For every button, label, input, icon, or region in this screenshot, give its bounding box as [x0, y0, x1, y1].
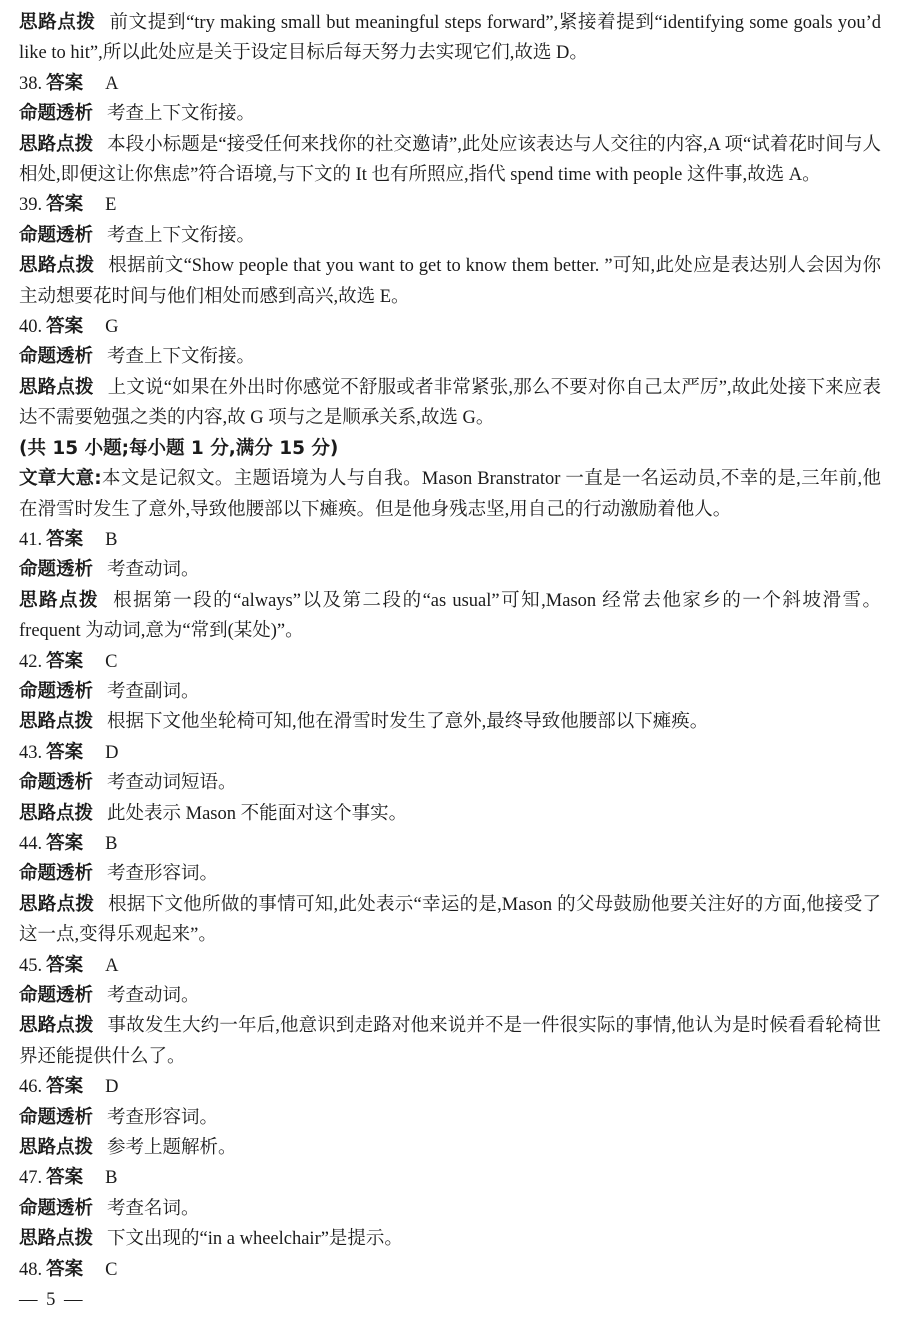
analysis-line: 命题透析考查副词。	[19, 677, 881, 707]
tip-line: 思路点拨根据前文“Show people that you want to ge…	[19, 251, 881, 312]
answer-label: 答案	[46, 1167, 83, 1188]
question-number: 46.	[19, 1077, 42, 1097]
tip-line: 思路点拨根据下文他坐轮椅可知,他在滑雪时发生了意外,最终导致他腰部以下瘫痪。	[19, 707, 881, 737]
question-item: 39.答案E 命题透析考查上下文衔接。 思路点拨根据前文“Show people…	[19, 190, 881, 312]
question-item: 43.答案D 命题透析考查动词短语。 思路点拨此处表示 Mason 不能面对这个…	[19, 738, 881, 829]
tip-label: 思路点拨	[19, 1015, 94, 1036]
analysis-label: 命题透析	[19, 559, 93, 580]
answer-line: 47.答案B	[19, 1163, 881, 1193]
question-number: 41.	[19, 530, 42, 550]
tip-line: 思路点拨参考上题解析。	[19, 1133, 881, 1163]
analysis-text: 考查上下文衔接。	[107, 347, 255, 367]
tip-line: 思路点拨根据下文他所做的事情可知,此处表示“幸运的是,Mason 的父母鼓励他要…	[19, 890, 881, 951]
analysis-text: 考查上下文衔接。	[107, 226, 255, 246]
tip-text: 事故发生大约一年后,他意识到走路对他来说并不是一件很实际的事情,他认为是时候看看…	[19, 1016, 881, 1066]
analysis-line: 命题透析考查动词。	[19, 981, 881, 1011]
question-number: 38.	[19, 74, 42, 94]
question-number: 39.	[19, 195, 42, 215]
tip-label: 思路点拨	[19, 803, 93, 824]
summary-label: 文章大意:	[19, 468, 102, 489]
analysis-label: 命题透析	[19, 863, 93, 884]
answer-letter: B	[105, 530, 117, 550]
analysis-line: 命题透析考查上下文衔接。	[19, 221, 881, 251]
question-item: 42.答案C 命题透析考查副词。 思路点拨根据下文他坐轮椅可知,他在滑雪时发生了…	[19, 647, 881, 738]
analysis-text: 考查动词。	[107, 560, 200, 580]
answer-label: 答案	[46, 651, 83, 672]
answer-label: 答案	[46, 316, 83, 337]
document-body: 思路点拨前文提到“try making small but meaningful…	[19, 8, 881, 1285]
analysis-label: 命题透析	[19, 225, 93, 246]
analysis-line: 命题透析考查上下文衔接。	[19, 342, 881, 372]
answer-label: 答案	[46, 1259, 83, 1280]
answer-line: 42.答案C	[19, 647, 881, 677]
answer-line: 46.答案D	[19, 1072, 881, 1102]
answer-letter: A	[105, 74, 118, 94]
answer-letter: A	[105, 956, 118, 976]
analysis-line: 命题透析考查动词。	[19, 555, 881, 585]
answer-label: 答案	[46, 833, 83, 854]
tip-text: 根据第一段的“always”以及第二段的“as usual”可知,Mason 经…	[19, 591, 881, 641]
section-heading-text: (共 15 小题;每小题 1 分,满分 15 分)	[19, 438, 338, 459]
question-item: 47.答案B 命题透析考查名词。 思路点拨下文出现的“in a wheelcha…	[19, 1163, 881, 1254]
tip-line: 思路点拨此处表示 Mason 不能面对这个事实。	[19, 799, 881, 829]
answer-line: 38.答案A	[19, 69, 881, 99]
analysis-text: 考查动词短语。	[107, 773, 237, 793]
answer-letter: D	[105, 743, 118, 763]
tip-text: 上文说“如果在外出时你感觉不舒服或者非常紧张,那么不要对你自己太严厉”,故此处接…	[19, 378, 881, 428]
tip-label: 思路点拨	[19, 12, 96, 33]
analysis-line: 命题透析考查上下文衔接。	[19, 99, 881, 129]
question-number: 48.	[19, 1260, 42, 1280]
tip-line: 思路点拨前文提到“try making small but meaningful…	[19, 8, 881, 69]
analysis-text: 考查上下文衔接。	[107, 104, 255, 124]
answer-letter: C	[105, 652, 117, 672]
passage-summary: 文章大意:本文是记叙文。主题语境为人与自我。Mason Branstrator …	[19, 464, 881, 525]
tip-label: 思路点拨	[19, 1137, 93, 1158]
answer-line: 41.答案B	[19, 525, 881, 555]
analysis-line: 命题透析考查名词。	[19, 1194, 881, 1224]
question-number: 45.	[19, 956, 42, 976]
tip-text: 根据前文“Show people that you want to get to…	[19, 256, 881, 306]
question-number: 47.	[19, 1168, 42, 1188]
answer-letter: D	[105, 1077, 118, 1097]
analysis-line: 命题透析考查形容词。	[19, 859, 881, 889]
answer-line: 40.答案G	[19, 312, 881, 342]
answer-line: 45.答案A	[19, 951, 881, 981]
answer-letter: C	[105, 1260, 117, 1280]
tip-label: 思路点拨	[19, 1228, 93, 1249]
answer-label: 答案	[46, 955, 83, 976]
analysis-label: 命题透析	[19, 346, 93, 367]
analysis-text: 考查名词。	[107, 1199, 200, 1219]
question-number: 42.	[19, 652, 42, 672]
tip-label: 思路点拨	[19, 134, 93, 155]
section-heading: (共 15 小题;每小题 1 分,满分 15 分)	[19, 434, 881, 464]
answer-letter: B	[105, 834, 117, 854]
analysis-text: 考查动词。	[107, 986, 200, 1006]
tip-text: 此处表示 Mason 不能面对这个事实。	[107, 804, 407, 824]
answer-line: 43.答案D	[19, 738, 881, 768]
answer-label: 答案	[46, 194, 83, 215]
tip-label: 思路点拨	[19, 377, 94, 398]
tip-line: 思路点拨上文说“如果在外出时你感觉不舒服或者非常紧张,那么不要对你自己太严厉”,…	[19, 373, 881, 434]
question-item: 44.答案B 命题透析考查形容词。 思路点拨根据下文他所做的事情可知,此处表示“…	[19, 829, 881, 951]
tip-label: 思路点拨	[19, 711, 93, 732]
answer-letter: E	[105, 195, 116, 215]
analysis-text: 考查形容词。	[107, 1108, 218, 1128]
question-item: 38.答案A 命题透析考查上下文衔接。 思路点拨本段小标题是“接受任何来找你的社…	[19, 69, 881, 191]
tip-text: 参考上题解析。	[107, 1138, 237, 1158]
answer-line: 48.答案C	[19, 1255, 881, 1285]
answer-label: 答案	[46, 742, 83, 763]
analysis-label: 命题透析	[19, 681, 93, 702]
analysis-text: 考查副词。	[107, 682, 200, 702]
tip-label: 思路点拨	[19, 255, 94, 276]
tip-text: 下文出现的“in a wheelchair”是提示。	[107, 1229, 403, 1249]
question-number: 43.	[19, 743, 42, 763]
answer-label: 答案	[46, 73, 83, 94]
tip-text: 本段小标题是“接受任何来找你的社交邀请”,此处应该表达与人交往的内容,A 项“试…	[19, 135, 881, 185]
analysis-label: 命题透析	[19, 1198, 93, 1219]
analysis-label: 命题透析	[19, 1107, 93, 1128]
tip-line: 思路点拨本段小标题是“接受任何来找你的社交邀请”,此处应该表达与人交往的内容,A…	[19, 130, 881, 191]
tip-text: 根据下文他坐轮椅可知,他在滑雪时发生了意外,最终导致他腰部以下瘫痪。	[107, 712, 708, 732]
question-item: 40.答案G 命题透析考查上下文衔接。 思路点拨上文说“如果在外出时你感觉不舒服…	[19, 312, 881, 434]
page-number: — 5 —	[19, 1285, 881, 1315]
question-number: 40.	[19, 317, 42, 337]
summary-text: 本文是记叙文。主题语境为人与自我。Mason Branstrator 一直是一名…	[19, 469, 881, 519]
tip-line: 思路点拨下文出现的“in a wheelchair”是提示。	[19, 1224, 881, 1254]
analysis-line: 命题透析考查动词短语。	[19, 768, 881, 798]
question-item: 41.答案B 命题透析考查动词。 思路点拨根据第一段的“always”以及第二段…	[19, 525, 881, 647]
answer-label: 答案	[46, 1076, 83, 1097]
question-item: 45.答案A 命题透析考查动词。 思路点拨事故发生大约一年后,他意识到走路对他来…	[19, 951, 881, 1073]
tip-line: 思路点拨事故发生大约一年后,他意识到走路对他来说并不是一件很实际的事情,他认为是…	[19, 1011, 881, 1072]
tip-label: 思路点拨	[19, 894, 94, 915]
answer-letter: G	[105, 317, 118, 337]
answer-line: 39.答案E	[19, 190, 881, 220]
tip-text: 前文提到“try making small but meaningful ste…	[19, 13, 881, 63]
analysis-label: 命题透析	[19, 985, 93, 1006]
tip-label: 思路点拨	[19, 590, 99, 611]
analysis-label: 命题透析	[19, 772, 93, 793]
analysis-label: 命题透析	[19, 103, 93, 124]
answer-line: 44.答案B	[19, 829, 881, 859]
analysis-line: 命题透析考查形容词。	[19, 1103, 881, 1133]
tip-text: 根据下文他所做的事情可知,此处表示“幸运的是,Mason 的父母鼓励他要关注好的…	[19, 895, 881, 945]
answer-label: 答案	[46, 529, 83, 550]
question-item: 46.答案D 命题透析考查形容词。 思路点拨参考上题解析。	[19, 1072, 881, 1163]
tip-line: 思路点拨根据第一段的“always”以及第二段的“as usual”可知,Mas…	[19, 586, 881, 647]
analysis-text: 考查形容词。	[107, 864, 218, 884]
answer-letter: B	[105, 1168, 117, 1188]
question-number: 44.	[19, 834, 42, 854]
